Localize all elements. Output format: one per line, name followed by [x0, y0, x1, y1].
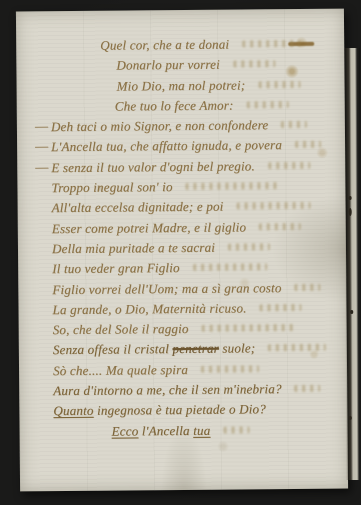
verse-line: Che tuo lo fece Amor: — [115, 94, 343, 116]
underlined-word: Quanto — [53, 403, 93, 418]
verse-line: All'alta eccelsa dignitade; e poi — [52, 196, 344, 219]
verse-text: L'Ancella tua, che affatto ignuda, e pov… — [51, 138, 282, 155]
show-through-marks — [193, 264, 267, 272]
show-through-marks — [202, 324, 294, 332]
verse-text: Troppo inegual son' io — [51, 179, 172, 195]
verse-text: So, che del Sole il raggio — [53, 321, 189, 337]
show-through-marks — [186, 182, 278, 190]
underlined-word: Ecco — [112, 423, 139, 438]
poem-text-block: Quel cor, che a te donai Donarlo pur vor… — [50, 34, 346, 442]
manuscript-page: Quel cor, che a te donai Donarlo pur vor… — [16, 9, 348, 492]
verse-line: Quanto ingegnosa è tua pietade o Dio? — [53, 399, 345, 422]
verse-line: —Deh taci o mio Signor, e non confondere — [51, 115, 343, 138]
verse-text: All'alta eccelsa dignitade; e poi — [52, 199, 224, 215]
verse-text-rest: ingegnosa è tua pietade o Dio? — [94, 402, 266, 419]
show-through-marks — [228, 243, 270, 250]
show-through-marks — [259, 223, 301, 230]
verse-text: Il tuo veder gran Figlio — [52, 260, 180, 276]
verse-line: Donarlo pur vorrei — [116, 54, 342, 76]
verse-line: —E senza il tuo valor d'ogni bel pregio. — [51, 155, 343, 178]
show-through-marks — [201, 365, 259, 373]
verse-text: Quel cor, che a te donai — [100, 37, 229, 53]
show-through-marks — [246, 101, 288, 108]
struck-out-word: penetrar — [172, 341, 219, 356]
show-through-marks — [295, 385, 321, 392]
verse-line: Mio Dio, ma nol potrei; — [116, 74, 342, 96]
verse-line: Figlio vorrei dell'Uom; ma a sì gran cos… — [52, 277, 344, 300]
edge-speck — [350, 310, 353, 314]
show-through-marks — [281, 121, 307, 128]
verse-text-middle: l'Ancella — [138, 423, 193, 438]
verse-text: Che tuo lo fece Amor: — [115, 97, 234, 113]
verse-text: Deh taci o mio Signor, e non confondere — [51, 117, 269, 134]
edge-speck — [349, 416, 352, 420]
verse-text: Donarlo pur vorrei — [116, 57, 220, 73]
photo-background: Quel cor, che a te donai Donarlo pur vor… — [0, 0, 361, 505]
book-fore-edge — [344, 48, 361, 480]
underlined-word: tua — [193, 422, 210, 437]
show-through-marks — [268, 162, 310, 169]
verse-line: So, che del Sole il raggio — [53, 318, 345, 341]
verse-text: Quanto ingegnosa è tua pietade o Dio? — [53, 402, 266, 419]
verse-text-before-correction: Senza offesa il cristal — [53, 342, 173, 358]
verse-line: Aura d'intorno a me, che il sen m'inebri… — [53, 379, 345, 402]
verse-line: Esser come potrei Madre, e il giglio — [52, 216, 344, 239]
show-through-marks — [295, 141, 321, 148]
verse-text: Figlio vorrei dell'Uom; ma a sì gran cos… — [52, 280, 281, 297]
show-through-marks — [260, 304, 302, 311]
margin-dash: — — [35, 137, 48, 157]
show-through-marks — [258, 81, 300, 88]
margin-dash: — — [35, 157, 48, 177]
edge-speck — [349, 196, 352, 200]
edge-speck — [349, 208, 352, 216]
verse-line: La grande, o Dio, Maternità ricuso. — [52, 297, 344, 320]
show-through-marks — [268, 344, 326, 352]
verse-text-after-correction: suole; — [219, 341, 256, 356]
verse-line: Ecco l'Ancella tua — [111, 419, 345, 441]
verse-line: —L'Ancella tua, che affatto ignuda, e po… — [51, 135, 343, 158]
verse-text: Senza offesa il cristal penetrar suole; — [53, 341, 256, 358]
verse-text: Ecco l'Ancella tua — [112, 422, 211, 438]
show-through-marks — [236, 202, 310, 210]
verse-line: Senza offesa il cristal penetrar suole; — [53, 338, 345, 361]
show-through-marks — [233, 60, 275, 67]
verse-text: Della mia puritade a te sacrai — [52, 240, 215, 256]
verse-text: E senza il tuo valor d'ogni bel pregio. — [51, 158, 255, 175]
margin-dash: — — [35, 116, 48, 136]
verse-line: Sò che.... Ma quale spira — [53, 358, 345, 381]
show-through-marks — [223, 426, 249, 433]
show-through-marks — [242, 40, 300, 48]
verse-text: Mio Dio, ma nol potrei; — [116, 77, 245, 93]
verse-text: Aura d'intorno a me, che il sen m'inebri… — [53, 381, 282, 398]
verse-text: La grande, o Dio, Maternità ricuso. — [52, 300, 246, 317]
show-through-marks — [294, 283, 320, 290]
verse-line: Il tuo veder gran Figlio — [52, 257, 344, 280]
verse-line: Della mia puritade a te sacrai — [52, 237, 344, 260]
verse-text: Esser come potrei Madre, e il giglio — [52, 219, 246, 236]
verse-line: Troppo inegual son' io — [51, 176, 343, 199]
verse-text: Sò che.... Ma quale spira — [53, 362, 188, 378]
verse-line: Quel cor, che a te donai — [100, 34, 342, 56]
